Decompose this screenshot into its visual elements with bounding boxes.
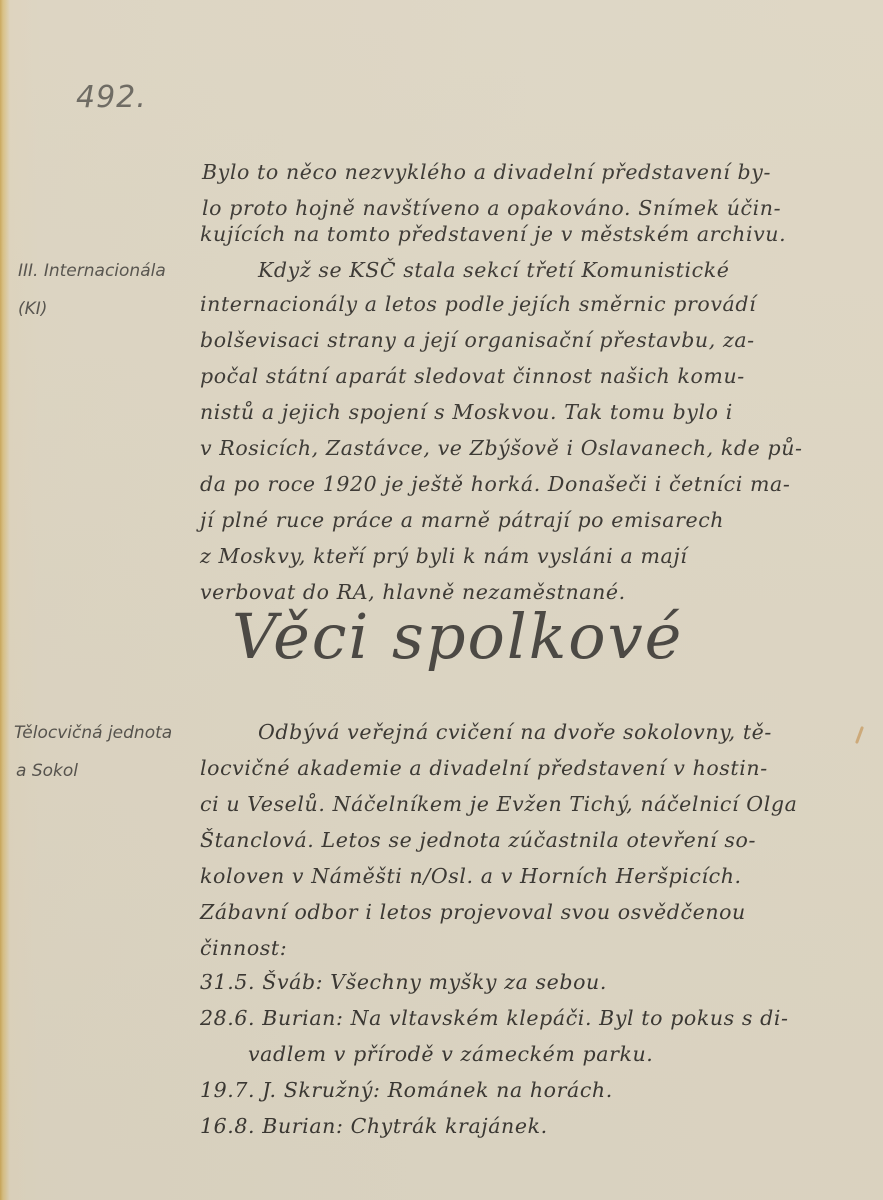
performance-item: 28.6. Burian: Na vltavském klepáči. Byl … bbox=[200, 1006, 789, 1030]
section-heading: Věci spolkové bbox=[232, 600, 683, 673]
performance-item: 31.5. Šváb: Všechny myšky za sebou. bbox=[200, 970, 607, 994]
margin-note-line: (KI) bbox=[18, 290, 166, 328]
performance-item: 19.7. J. Skružný: Románek na horách. bbox=[200, 1078, 613, 1102]
text-line: činnost: bbox=[200, 936, 287, 960]
performance-item-continued: vadlem v přírodě v zámeckém parku. bbox=[248, 1042, 653, 1066]
text-line: ci u Veselů. Náčelníkem je Evžen Tichý, … bbox=[200, 792, 797, 816]
text-line: v Rosicích, Zastávce, ve Zbýšově i Oslav… bbox=[200, 436, 803, 460]
performance-item: 16.8. Burian: Chytrák krajánek. bbox=[200, 1114, 548, 1138]
text-line: Štanclová. Letos se jednota zúčastnila o… bbox=[200, 828, 756, 852]
performance-title: vadlem v přírodě v zámeckém parku. bbox=[248, 1042, 653, 1066]
text-line: kujících na tomto představení je v městs… bbox=[200, 222, 786, 246]
text-line: locvičné akademie a divadelní představen… bbox=[200, 756, 768, 780]
text-line: počal státní aparát sledovat činnost naš… bbox=[200, 364, 745, 388]
margin-note-internacionala: III. Internacionála (KI) bbox=[18, 252, 166, 328]
text-line: nistů a jejich spojení s Moskvou. Tak to… bbox=[200, 400, 733, 424]
performance-date: 31.5. bbox=[200, 970, 255, 994]
text-line: Odbývá veřejná cvičení na dvoře sokolovn… bbox=[258, 720, 772, 744]
manuscript-page: 492. Bylo to něco nezvyklého a divadelní… bbox=[0, 0, 883, 1200]
text-line: da po roce 1920 je ještě horká. Donašeči… bbox=[200, 472, 790, 496]
text-line: Když se KSČ stala sekcí třetí Komunistic… bbox=[258, 258, 730, 282]
text-line: jí plné ruce práce a marně pátrají po em… bbox=[200, 508, 724, 532]
performance-title: Burian: Na vltavském klepáči. Byl to pok… bbox=[262, 1006, 788, 1030]
paper-stain bbox=[855, 726, 864, 744]
text-line: koloven v Náměšti n/Osl. a v Horních Her… bbox=[200, 864, 742, 888]
text-line: internacionály a letos podle jejích směr… bbox=[200, 292, 756, 316]
text-line: bolševisaci strany a její organisační př… bbox=[200, 328, 755, 352]
margin-note-line: Tělocvičná jednota bbox=[14, 714, 172, 752]
text-line: Zábavní odbor i letos projevoval svou os… bbox=[200, 900, 746, 924]
performance-date: 28.6. bbox=[200, 1006, 255, 1030]
performance-date: 19.7. bbox=[200, 1078, 255, 1102]
margin-note-sokol: Tělocvičná jednota a Sokol bbox=[14, 714, 172, 790]
text-line: Bylo to něco nezvyklého a divadelní před… bbox=[202, 160, 771, 184]
text-line: z Moskvy, kteří prý byli k nám vysláni a… bbox=[200, 544, 687, 568]
performance-date: 16.8. bbox=[200, 1114, 255, 1138]
margin-note-line: a Sokol bbox=[14, 752, 172, 790]
performance-title: J. Skružný: Románek na horách. bbox=[262, 1078, 613, 1102]
page-number: 492. bbox=[76, 80, 147, 115]
text-line: lo proto hojně navštíveno a opakováno. S… bbox=[202, 196, 781, 220]
margin-note-line: III. Internacionála bbox=[18, 252, 166, 290]
performance-title: Burian: Chytrák krajánek. bbox=[262, 1114, 547, 1138]
performance-title: Šváb: Všechny myšky za sebou. bbox=[262, 970, 607, 994]
